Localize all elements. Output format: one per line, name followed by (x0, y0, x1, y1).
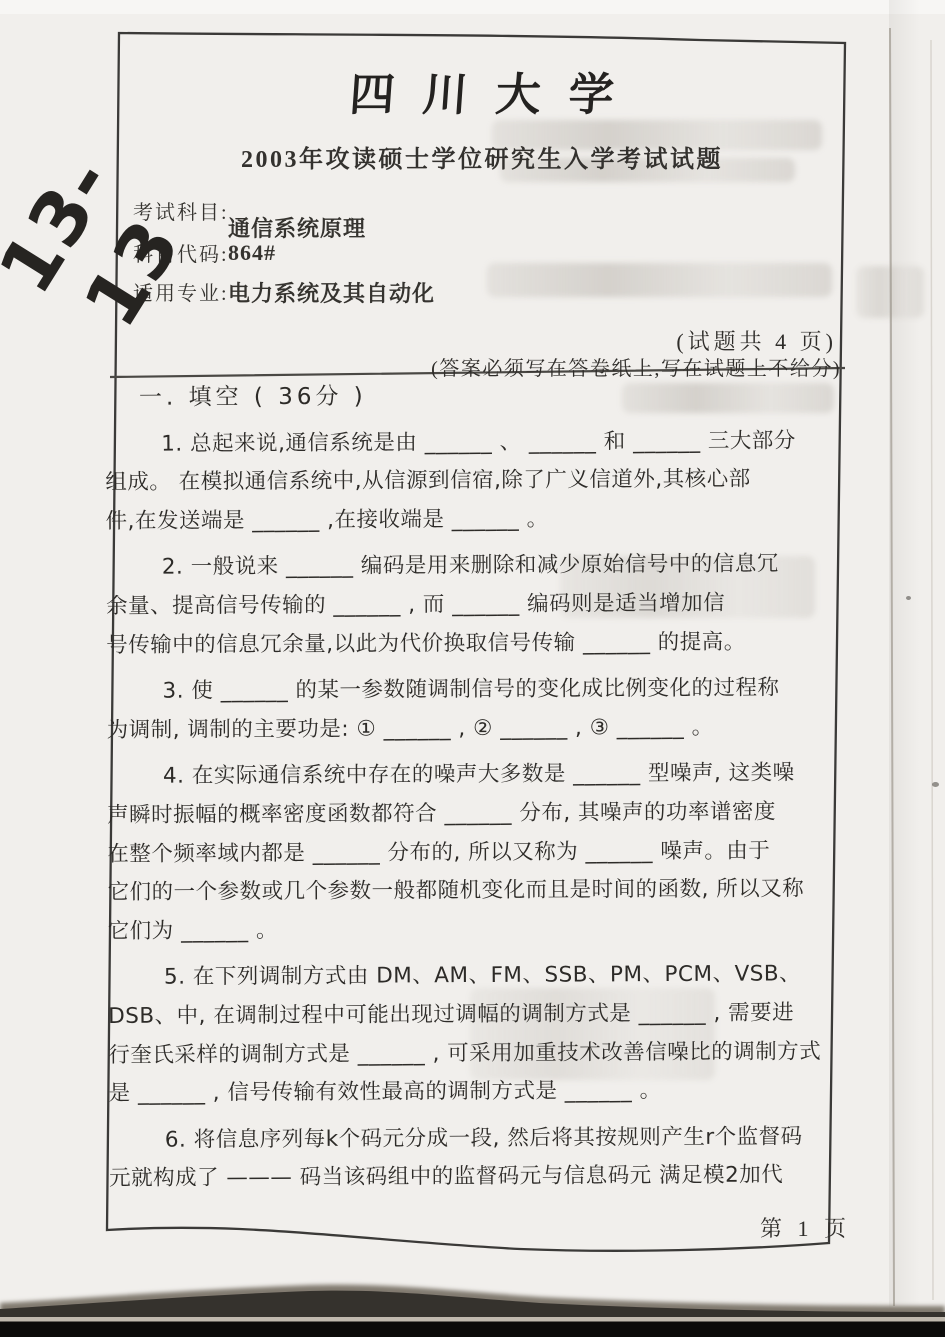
adjacent-page-edge-line (890, 28, 894, 1306)
university-title: 四川大学 (117, 58, 848, 123)
bleedthrough-smudge (487, 263, 832, 297)
scanner-black-edge (0, 1322, 945, 1337)
exam-question-line: 是 ______ , 信号传输有效性最高的调制方式是 ______ 。 (109, 1071, 857, 1114)
major-value: 电力系统及其自动化 (228, 277, 435, 308)
exam-question-line: 元就构成了 ——— 码当该码组中的监督码元与信息码元 满足模2加代 (109, 1156, 857, 1199)
subject-code-value: 864# (228, 240, 276, 266)
exam-question-line: 组成。 在模拟通信系统中,从信源到信宿,除了广义信道外,其核心部 (105, 460, 853, 503)
scanned-exam-page: 13-13 四川大学 2003年攻读硕士学位研究生入学考试试题 考试科目: 通信… (0, 0, 945, 1337)
exam-question-line: DSB、中, 在调制过程中可能出现过调幅的调制方式是 ______ , 需要进 (108, 994, 856, 1037)
exam-question-line: 行奎氏采样的调制方式是 ______ , 可采用加重技术改善信噪比的调制方式 (108, 1033, 856, 1076)
exam-question-line: 在整个频率域内都是 ______ 分布的, 所以又称为 ______ 噪声。由于 (107, 832, 855, 875)
exam-body: 一. 填空 ( 36分 ) 1. 总起来说,通信系统是由 ______ 、 __… (105, 375, 857, 1199)
exam-question-line: 2. 一般说来 ______ 编码是用来删除和减少原始信号中的信息冗 (106, 545, 854, 588)
exam-question-line: 为调制, 调制的主要功是: ① ______ , ② ______ , ③ __… (107, 708, 855, 751)
exam-question-line: 1. 总起来说,通信系统是由 ______ 、 ______ 和 ______ … (105, 422, 853, 465)
section-title: 一. 填空 ( 36分 ) (105, 375, 853, 418)
exam-question-line: 它们为 ______ 。 (108, 909, 856, 952)
ink-speck (932, 782, 939, 787)
question-lines: 1. 总起来说,通信系统是由 ______ 、 ______ 和 ______ … (105, 422, 857, 1199)
exam-question-line: 5. 在下列调制方式由 DM、AM、FM、SSB、PM、PCM、VSB、 (108, 955, 856, 998)
bleedthrough-smudge (856, 266, 924, 318)
exam-question-line: 声瞬时振幅的概率密度函数都符合 ______ 分布, 其噪声的功率谱密度 (107, 793, 855, 836)
exam-question-line: 3. 使 ______ 的某一参数随调制信号的变化成比例变化的过程称 (106, 669, 854, 712)
scan-seam-highlight (0, 1317, 945, 1322)
subject-value: 通信系统原理 (228, 212, 366, 243)
exam-question-line: 6. 将信息序列每k个码元分成一段, 然后将其按规则产生r个监督码 (109, 1118, 857, 1161)
exam-question-line: 号传输中的信息冗余量,以此为代价换取信号传输 ______ 的提高。 (106, 623, 854, 666)
page-number: 第 1 页 (760, 1212, 851, 1243)
exam-title: 2003年攻读硕士学位研究生入学考试试题 (119, 139, 845, 174)
ink-speck (906, 596, 911, 600)
exam-question-line: 它们的一个参数或几个参数一般都随机变化而且是时间的函数, 所以又称 (107, 870, 855, 913)
exam-question-line: 4. 在实际通信系统中存在的噪声大多数是 ______ 型噪声, 这类噪 (107, 754, 855, 797)
outer-paper-edge-line (931, 40, 933, 1300)
exam-question-line: 件,在发送端是 ______ ,在接收端是 ______ 。 (106, 499, 854, 542)
exam-question-line: 余量、提高信号传输的 ______ , 而 ______ 编码则是适当增加信 (106, 584, 854, 627)
